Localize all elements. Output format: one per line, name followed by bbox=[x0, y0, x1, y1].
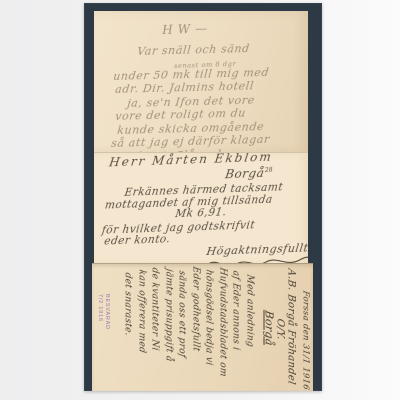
message-line: kan offerera med bbox=[134, 268, 148, 389]
message-line: Med anledning bbox=[242, 273, 256, 389]
address-line: O/Y. bbox=[275, 318, 286, 390]
receipt-place-name: Borgå bbox=[224, 166, 265, 181]
address-place-underlined: Borgå bbox=[263, 310, 275, 390]
purple-handstamp: Besvarad 7/2 1916 bbox=[94, 294, 110, 374]
message-line: sända oss ett prof bbox=[175, 269, 189, 389]
message-line: af Eder annons i bbox=[229, 269, 243, 389]
receipt-text-block: Herr Mårten Ekblom Borgå28 Erkännes härm… bbox=[94, 152, 308, 264]
letter-receipt-leaf: Herr Mårten Ekblom Borgå28 Erkännes härm… bbox=[94, 152, 308, 264]
message-line: Eder godhetsfullt bbox=[188, 265, 202, 389]
letter-top-leaf: H W — Var snäll och sänd senast om 8 dgr… bbox=[94, 11, 308, 152]
message-line: hönsgödsel bedja vi bbox=[202, 268, 216, 389]
rotated-writing-block: Forssa den 31/1 1916 A.B. Borgå Fröhande… bbox=[92, 266, 313, 390]
dateline: Forssa den 31/1 1916 bbox=[301, 290, 311, 390]
receipt-place: Borgå28 bbox=[224, 163, 308, 182]
receipt-place-superscript: 28 bbox=[264, 167, 273, 174]
letter-bottom-leaf: Forssa den 31/1 1916 A.B. Borgå Fröhande… bbox=[92, 263, 313, 391]
handstamp-line: 7/2 1916 bbox=[96, 294, 103, 374]
message-line: Hufvudstadsbladet om bbox=[215, 266, 229, 389]
pencil-line: Var snäll och sänd bbox=[136, 41, 307, 59]
message-line: jämte prisuppgift å bbox=[161, 267, 175, 389]
address-line: A.B. Borgå Fröhandel bbox=[286, 268, 297, 390]
album-mount-board: H W — Var snäll och sänd senast om 8 dgr… bbox=[84, 3, 322, 391]
handstamp-line: Besvarad bbox=[103, 294, 110, 374]
pencil-heading: H W — bbox=[162, 18, 308, 37]
message-line: de kvantiteter Ni bbox=[148, 266, 162, 389]
message-line: det snaraste. bbox=[121, 271, 135, 389]
